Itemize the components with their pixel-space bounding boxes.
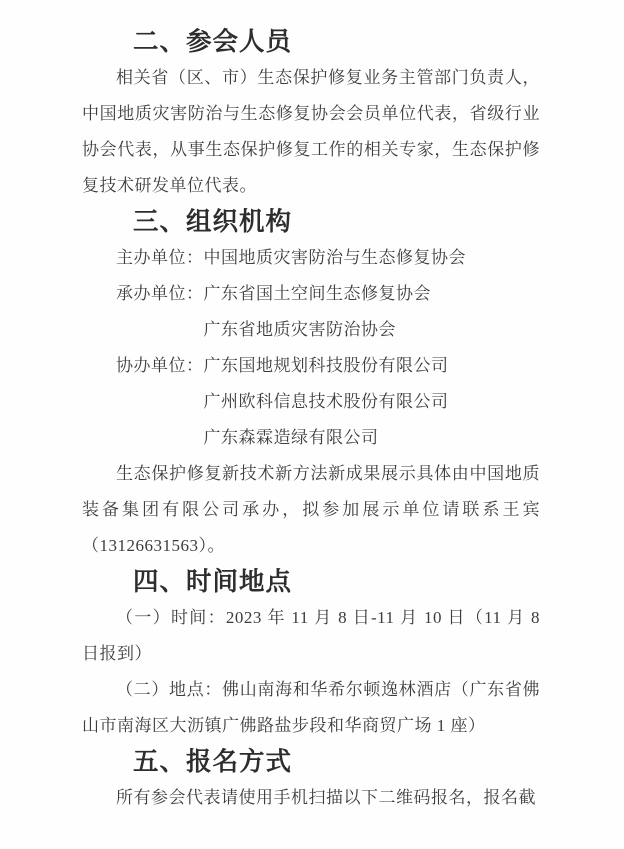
org-undertaker-value: 广东省地质灾害防治协会 [204, 312, 541, 348]
section-heading-organization: 三、组织机构 [82, 204, 540, 240]
org-coorganizer-value: 广东森霖造绿有限公司 [204, 420, 541, 456]
org-coorganizer-value: 广东国地规划科技股份有限公司 [204, 348, 541, 384]
org-undertaker-label: 承办单位： [116, 276, 204, 348]
org-coorganizer-row: 协办单位： 广东国地规划科技股份有限公司 广州欧科信息技术股份有限公司 广东森霖… [116, 348, 540, 456]
org-coorganizer-label: 协办单位： [116, 348, 204, 456]
org-undertaker-values: 广东省国土空间生态修复协会 广东省地质灾害防治协会 [204, 276, 541, 348]
paragraph-time: （一）时间：2023 年 11 月 8 日-11 月 10 日（11 月 8 日… [82, 600, 540, 672]
paragraph-place: （二）地点：佛山南海和华希尔顿逸林酒店（广东省佛山市南海区大沥镇广佛路盐步段和华… [82, 672, 540, 744]
paragraph-registration: 所有参会代表请使用手机扫描以下二维码报名，报名截 [82, 780, 540, 816]
org-undertaker-value: 广东省国土空间生态修复协会 [204, 276, 541, 312]
org-coorganizer-value: 广州欧科信息技术股份有限公司 [204, 384, 541, 420]
org-host-values: 中国地质灾害防治与生态修复协会 [204, 240, 541, 276]
org-host-label: 主办单位： [116, 240, 204, 276]
org-undertaker-row: 承办单位： 广东省国土空间生态修复协会 广东省地质灾害防治协会 [116, 276, 540, 348]
paragraph-exhibition-contact: 生态保护修复新技术新方法新成果展示具体由中国地质装备集团有限公司承办，拟参加展示… [82, 456, 540, 564]
section-heading-time-place: 四、时间地点 [82, 564, 540, 600]
org-host-value: 中国地质灾害防治与生态修复协会 [204, 240, 541, 276]
document-page: 二、参会人员 相关省（区、市）生态保护修复业务主管部门负责人，中国地质灾害防治与… [0, 0, 624, 849]
section-heading-registration: 五、报名方式 [82, 744, 540, 780]
org-coorganizer-values: 广东国地规划科技股份有限公司 广州欧科信息技术股份有限公司 广东森霖造绿有限公司 [204, 348, 541, 456]
paragraph-attendees: 相关省（区、市）生态保护修复业务主管部门负责人，中国地质灾害防治与生态修复协会会… [82, 60, 540, 204]
section-heading-attendees: 二、参会人员 [82, 24, 540, 60]
org-host-row: 主办单位： 中国地质灾害防治与生态修复协会 [116, 240, 540, 276]
